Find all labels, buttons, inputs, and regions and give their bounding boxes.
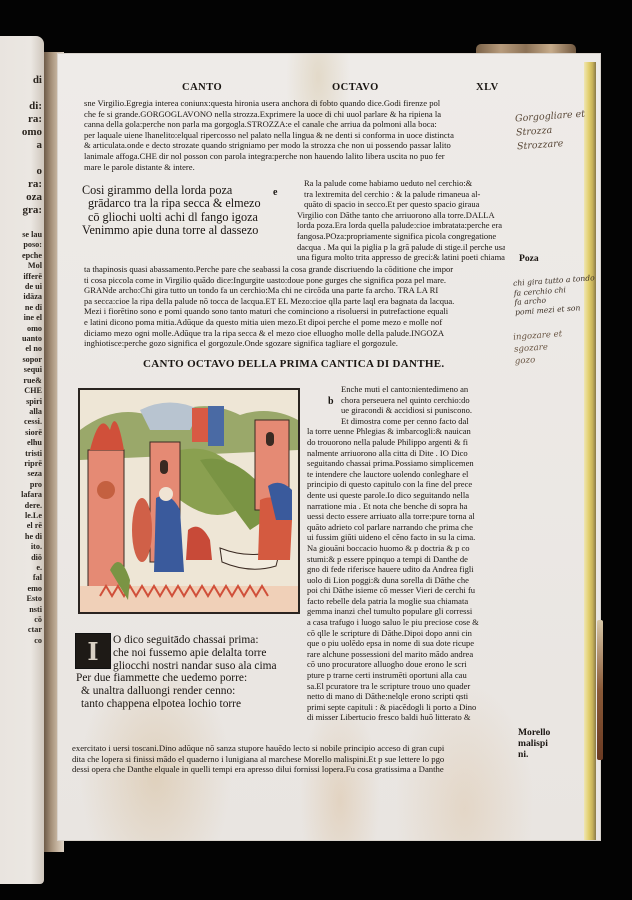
commentary-right-2: Enche muti el canto:nientedimeno an chor… [307,384,507,723]
commentary-top: sne Virgilio.Egregia interea coniunx:que… [84,98,504,172]
manuscript-annotation-top: Gorgogliare et Strozza Strozzare [515,108,588,155]
printed-marginal-note-morello: Morello malispi ni. [518,727,550,760]
initial-letter: I [87,637,98,666]
left-page-line: co [0,636,42,646]
left-page-line: diō [0,553,42,563]
left-page-line [0,217,42,230]
left-page-line: e. [0,563,42,573]
left-page-line: cessi. [0,417,42,427]
manuscript-annotation-lower: ingozare et sgozare gozo [513,328,564,367]
left-page-line: o [0,165,42,178]
left-page-line: di [0,74,42,87]
left-page-line: ra: [0,178,42,191]
left-page-edge: di di:ra:omoa ora:ozagra: se lauposo:epc… [0,36,44,884]
left-page-line: omo [0,324,42,334]
running-head-center: OCTAVO [332,82,379,93]
left-page-line: le.Le [0,511,42,521]
left-page-line: ito. [0,542,42,552]
left-page-line: siorē [0,428,42,438]
left-page-line: el no [0,344,42,354]
left-page-line: Mol [0,261,42,271]
left-page-line: uanto [0,334,42,344]
left-page-line: fal [0,573,42,583]
left-page-line: tristi [0,449,42,459]
left-page-line: gra: [0,204,42,217]
left-page-line: ne dī [0,303,42,313]
woodcut-scene-icon [80,390,298,612]
printed-marginal-note-poza: Poza [519,253,539,264]
commentary-middle: ta thapinosis quasi abassamento.Perche p… [84,264,504,349]
folio-number: XLV [476,82,499,93]
left-page-line: spiri [0,397,42,407]
left-page-line: CHE [0,386,42,396]
left-page-line: ctar [0,625,42,635]
left-page-line: cō [0,615,42,625]
left-page-line: sequi [0,365,42,375]
gilt-fore-edge [584,62,596,840]
left-page-line: a [0,139,42,152]
left-page-line: sopor [0,355,42,365]
left-page-text-fragments: di di:ra:omoa ora:ozagra: se lauposo:epc… [0,74,44,646]
left-page-line: seza [0,469,42,479]
left-page-line: de ui [0,282,42,292]
left-page-line: Esto [0,594,42,604]
running-head-left: CANTO [182,82,222,93]
left-page-line: lafara [0,490,42,500]
left-page-line: ifferē [0,272,42,282]
section-title: CANTO OCTAVO DELLA PRIMA CANTICA DI DANT… [143,358,444,370]
left-page-line: omo [0,126,42,139]
commentary-right-1: Ra la palude come habiamo ueduto nel cer… [297,178,505,263]
left-page-line: poso: [0,240,42,250]
left-page-line: oza [0,191,42,204]
left-page-line: ra: [0,113,42,126]
fore-edge-damage [597,620,603,760]
verse-marker-e: e [273,187,277,198]
verse-block-bottom: Per due fiammette che uedemo porre: & un… [76,672,247,710]
left-page-line: nsti [0,605,42,615]
left-page-line: el rē [0,521,42,531]
left-page-line: elhu [0,438,42,448]
verse-block-top: Cosi girammo della lorda poza grādarco t… [82,184,261,237]
left-page-line: pro [0,480,42,490]
left-page-line: ine el [0,313,42,323]
manuscript-annotation-middle: chi gira tutto a tondo fa cerchio chi fa… [513,273,597,317]
commentary-bottom: exercitato i uersi toscani.Dino adūque n… [72,743,504,775]
left-page-line: epche [0,251,42,261]
left-page-line: se lau [0,230,42,240]
left-page-line [0,152,42,165]
left-page-line: di: [0,100,42,113]
hand-colored-woodcut-illustration [78,388,300,614]
left-page-line: rue& [0,376,42,386]
left-page-line [0,87,42,100]
left-page-line: he di [0,532,42,542]
left-page-line: dere. [0,501,42,511]
left-page-line: riprē [0,459,42,469]
left-page-line: emo [0,584,42,594]
decorated-initial: I [75,633,111,669]
left-page-line: alla [0,407,42,417]
left-page-line: idāza [0,292,42,302]
verse-block-bottom-indented: O dico seguitādo chassai prima: che noi … [113,634,277,672]
